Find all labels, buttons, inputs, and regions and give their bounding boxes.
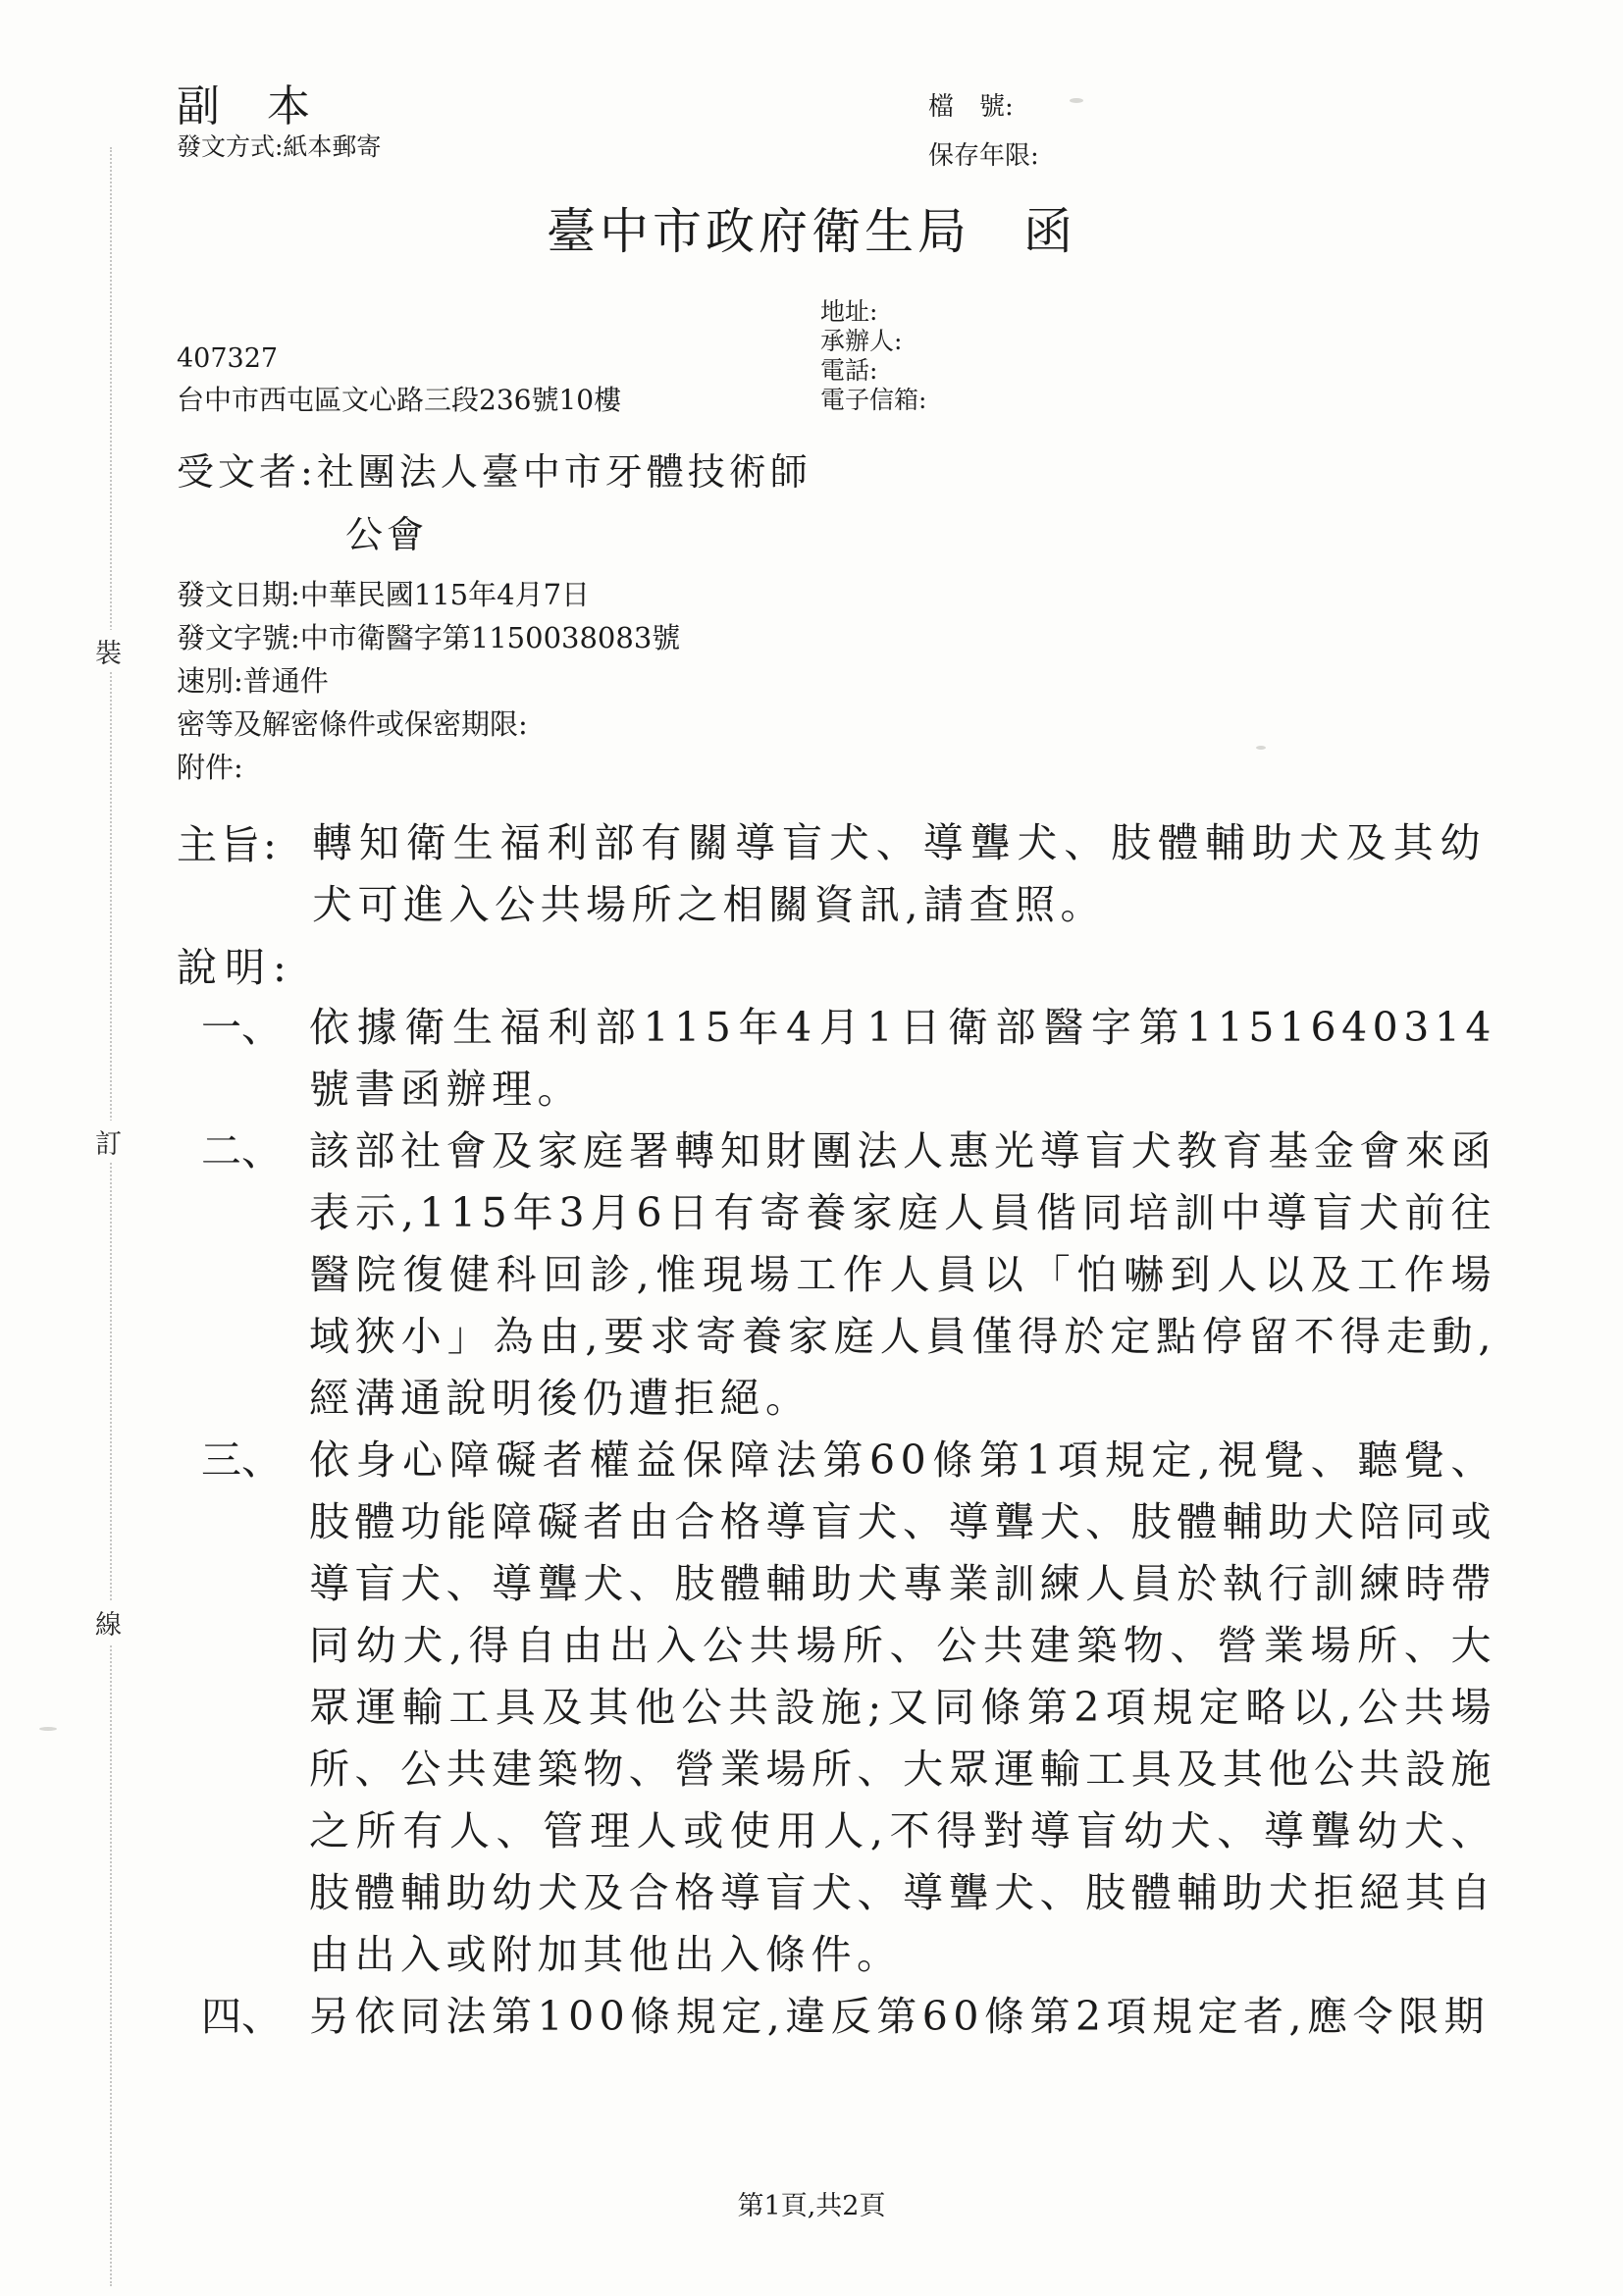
contact-block: 地址: 承辦人: 電話: 電子信箱:: [820, 297, 926, 415]
document-title: 臺中市政府衛生局 函: [0, 192, 1623, 263]
list-item: 二、 該部社會及家庭署轉知財團法人惠光導盲犬教育基金會來函表示,115年3月6日…: [201, 1121, 1496, 1430]
scanned-official-letter-page: 裝 訂 線 副 本 發文方式:紙本郵寄 檔 號: 保存年限: 臺中市政府衛生局 …: [0, 0, 1623, 2296]
retention-period-label: 保存年限:: [928, 135, 1039, 172]
list-item: 三、 依身心障礙者權益保障法第60條第1項規定,視覺、聽覺、肢體功能障礙者由合格…: [201, 1430, 1496, 1986]
document-meta-block: 發文日期:中華民國115年4月7日 發文字號:中市衛醫字第1150038083號…: [177, 573, 680, 789]
sender-postal-code: 407327: [177, 343, 278, 374]
copy-label: 副 本: [177, 71, 312, 133]
binding-dotted-line: [110, 147, 112, 2286]
subject-label: 主旨:: [177, 812, 280, 870]
meta-security-class: 密等及解密條件或保密期限:: [177, 703, 680, 746]
list-item-number: 一、: [201, 997, 309, 1059]
meta-issue-date: 發文日期:中華民國115年4月7日: [177, 573, 680, 616]
contact-person-label: 承辦人:: [820, 327, 926, 356]
list-item: 四、 另依同法第100條規定,違反第60條第2項規定者,應令限期: [201, 1986, 1496, 2048]
recipient-line2: 公會: [345, 504, 428, 558]
list-item-number: 四、: [201, 1986, 309, 2048]
list-item-text: 依身心障礙者權益保障法第60條第1項規定,視覺、聽覺、肢體功能障礙者由合格導盲犬…: [309, 1430, 1496, 1986]
binding-mark-xian: 線: [95, 1601, 122, 1644]
delivery-method: 發文方式:紙本郵寄: [177, 128, 381, 163]
list-item: 一、 依據衛生福利部115年4月1日衛部醫字第1151640314號書函辦理。: [201, 997, 1496, 1121]
binding-mark-ding: 訂: [95, 1121, 122, 1163]
list-item-text: 依據衛生福利部115年4月1日衛部醫字第1151640314號書函辦理。: [309, 997, 1496, 1121]
meta-speed-class: 速別:普通件: [177, 659, 680, 703]
description-items: 一、 依據衛生福利部115年4月1日衛部醫字第1151640314號書函辦理。 …: [201, 997, 1496, 2048]
contact-email-label: 電子信箱:: [820, 386, 926, 415]
scan-artifact: [1256, 746, 1266, 750]
list-item-number: 三、: [201, 1430, 309, 1491]
list-item-text: 該部社會及家庭署轉知財團法人惠光導盲犬教育基金會來函表示,115年3月6日有寄養…: [309, 1121, 1496, 1430]
subject-text: 轉知衛生福利部有關導盲犬、導聾犬、肢體輔助犬及其幼犬可進入公共場所之相關資訊,請…: [312, 812, 1486, 936]
page-number-footer: 第1頁,共2頁: [0, 2184, 1623, 2222]
recipient-line1: 受文者:社團法人臺中市牙體技術師: [177, 442, 811, 496]
list-item-number: 二、: [201, 1121, 309, 1182]
scan-artifact: [39, 1727, 57, 1731]
meta-doc-number: 發文字號:中市衛醫字第1150038083號: [177, 616, 680, 659]
sender-address: 台中市西屯區文心路三段236號10樓: [177, 379, 621, 418]
contact-phone-label: 電話:: [820, 356, 926, 386]
description-label: 說明:: [177, 935, 294, 993]
binding-mark-zhuang: 裝: [95, 630, 122, 672]
scan-artifact: [1070, 98, 1083, 103]
file-number-label: 檔 號:: [928, 86, 1014, 123]
list-item-text: 另依同法第100條規定,違反第60條第2項規定者,應令限期: [309, 1986, 1496, 2048]
contact-address-label: 地址:: [820, 297, 926, 327]
meta-attachment: 附件:: [177, 746, 680, 789]
